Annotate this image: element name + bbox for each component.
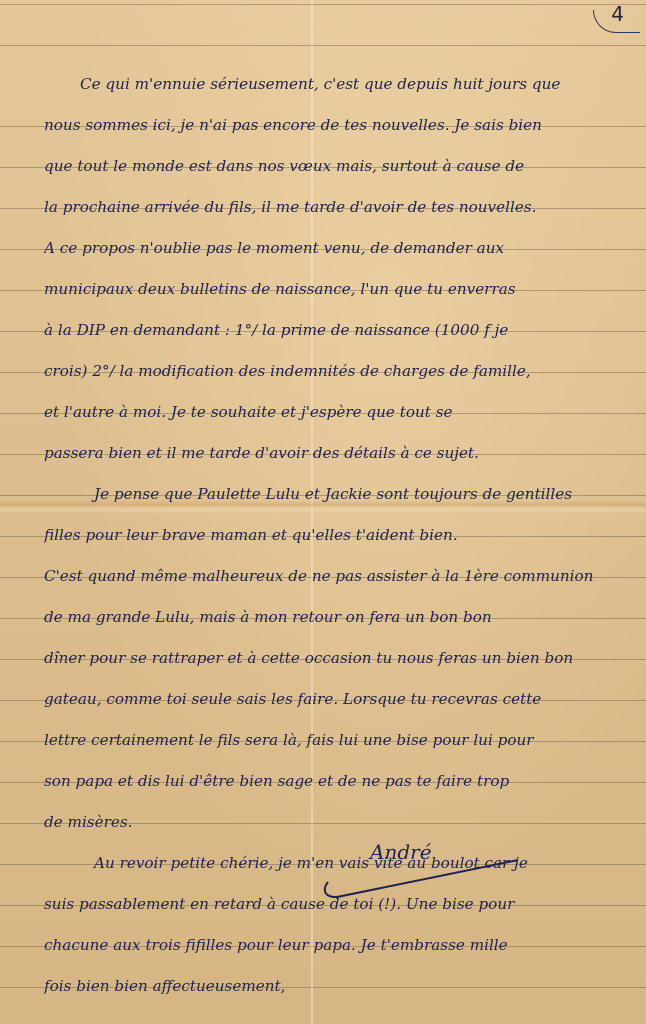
letter-line: nous sommes ici, je n'ai pas encore de t… <box>44 105 624 146</box>
letter-line: de ma grande Lulu, mais à mon retour on … <box>44 597 624 638</box>
letter-line: crois) 2°/ la modification des indemnité… <box>44 351 624 392</box>
letter-line: municipaux deux bulletins de naissance, … <box>44 269 624 310</box>
letter-line: lettre certainement le fils sera là, fai… <box>44 720 624 761</box>
letter-line: dîner pour se rattraper et à cette occas… <box>44 638 624 679</box>
letter-line: chacune aux trois fifilles pour leur pap… <box>44 925 624 966</box>
letter-line: Je pense que Paulette Lulu et Jackie son… <box>44 474 624 515</box>
letter-line: de misères. <box>44 802 624 843</box>
page-number-underline <box>593 10 640 33</box>
signature-flourish <box>322 852 522 902</box>
letter-line: que tout le monde est dans nos vœux mais… <box>44 146 624 187</box>
letter-line: C'est quand même malheureux de ne pas as… <box>44 556 624 597</box>
letter-line: passera bien et il me tarde d'avoir des … <box>44 433 624 474</box>
letter-line: Ce qui m'ennuie sérieusement, c'est que … <box>44 64 624 105</box>
letter-line: A ce propos n'oublie pas le moment venu,… <box>44 228 624 269</box>
letter-line: à la DIP en demandant : 1°/ la prime de … <box>44 310 624 351</box>
letter-line: la prochaine arrivée du fils, il me tard… <box>44 187 624 228</box>
letter-line: gateau, comme toi seule sais les faire. … <box>44 679 624 720</box>
letter-line: et l'autre à moi. Je te souhaite et j'es… <box>44 392 624 433</box>
letter-page: 4 Ce qui m'ennuie sérieusement, c'est qu… <box>0 0 646 1024</box>
letter-line: fois bien bien affectueusement, <box>44 966 624 1007</box>
letter-line: son papa et dis lui d'être bien sage et … <box>44 761 624 802</box>
letter-line: filles pour leur brave maman et qu'elles… <box>44 515 624 556</box>
